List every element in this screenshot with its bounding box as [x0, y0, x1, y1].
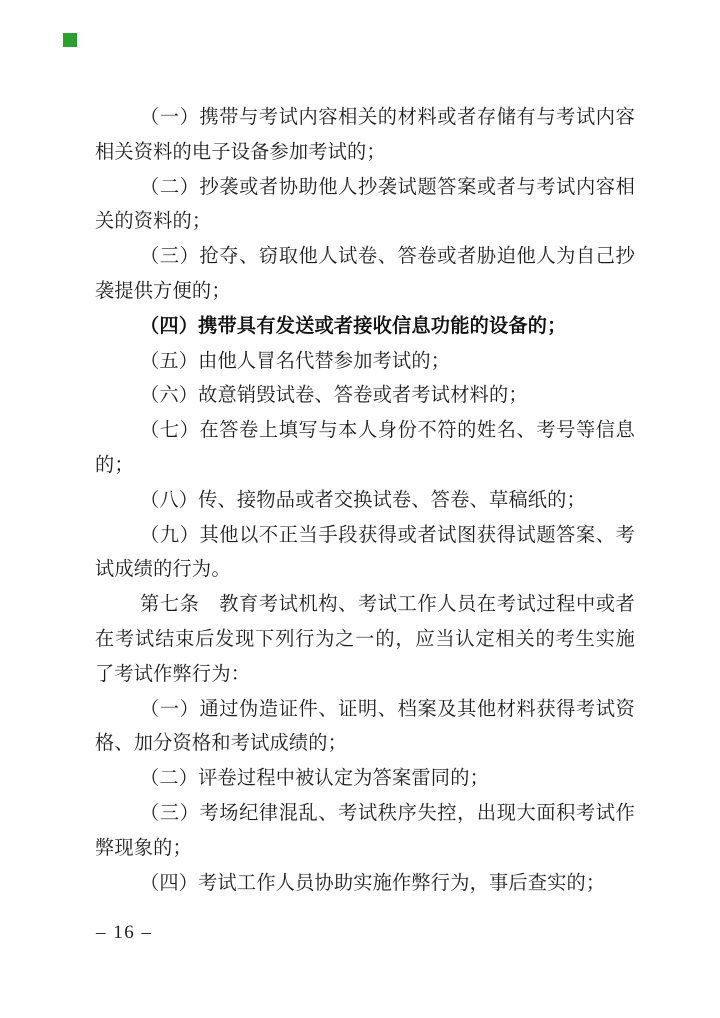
text-line: （一）携带与考试内容相关的材料或者存储有与考试内容	[95, 101, 635, 136]
text-line: （三）抢夺、窃取他人试卷、答卷或者胁迫他人为自己抄	[95, 240, 635, 275]
text-line: 关的资料的；	[95, 205, 635, 240]
text-line: （二）抄袭或者协助他人抄袭试题答案或者与考试内容相	[95, 171, 635, 206]
text-line: 在考试结束后发现下列行为之一的，应当认定相关的考生实施	[95, 623, 635, 658]
text-line: （六）故意销毁试卷、答卷或者考试材料的；	[95, 379, 635, 414]
text-line: 弊现象的；	[95, 832, 635, 867]
text-line: 第七条 教育考试机构、考试工作人员在考试过程中或者	[95, 588, 635, 623]
text-line: （二）评卷过程中被认定为答案雷同的；	[95, 762, 635, 797]
text-line: （四）考试工作人员协助实施作弊行为，事后查实的；	[95, 867, 635, 902]
text-line: 的；	[95, 449, 635, 484]
page-number: – 16 –	[96, 922, 153, 944]
text-line: 相关资料的电子设备参加考试的；	[95, 136, 635, 171]
text-line: （三）考场纪律混乱、考试秩序失控，出现大面积考试作	[95, 797, 635, 832]
text-line: （九）其他以不正当手段获得或者试图获得试题答案、考	[95, 519, 635, 554]
green-corner-mark	[63, 33, 77, 47]
text-line: 格、加分资格和考试成绩的；	[95, 727, 635, 762]
text-line: 了考试作弊行为：	[95, 658, 635, 693]
text-block: （一）携带与考试内容相关的材料或者存储有与考试内容相关资料的电子设备参加考试的；…	[95, 101, 635, 901]
text-line: 袭提供方便的；	[95, 275, 635, 310]
text-line: （四）携带具有发送或者接收信息功能的设备的；	[95, 310, 635, 345]
text-line: （一）通过伪造证件、证明、档案及其他材料获得考试资	[95, 693, 635, 728]
text-line: （七）在答卷上填写与本人身份不符的姓名、考号等信息	[95, 414, 635, 449]
document-page: （一）携带与考试内容相关的材料或者存储有与考试内容相关资料的电子设备参加考试的；…	[0, 0, 720, 1018]
text-line: 试成绩的行为。	[95, 553, 635, 588]
text-line: （八）传、接物品或者交换试卷、答卷、草稿纸的；	[95, 484, 635, 519]
text-line: （五）由他人冒名代替参加考试的；	[95, 345, 635, 380]
